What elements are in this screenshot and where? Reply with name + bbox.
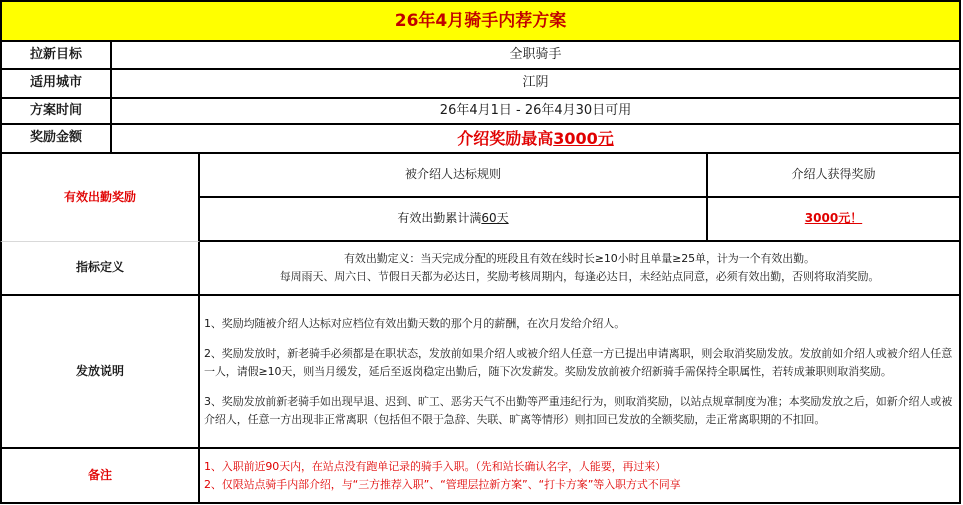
label-amount-text: 奖励金额 bbox=[30, 129, 82, 148]
value-amount-prefix: 介绍奖励最高 bbox=[457, 127, 553, 150]
note-item-2: 2、仅限站点骑手内部介绍，与“三方推荐入职”、“管理层拉新方案”、“打卡方案”等… bbox=[204, 476, 681, 494]
attendance-reward-label: 有效出勤奖励 bbox=[0, 154, 200, 242]
header-referrer-reward: 介绍人获得奖励 bbox=[708, 154, 961, 198]
value-city-text: 江阴 bbox=[522, 74, 548, 93]
sheet-title: 26年4月骑手内荐方案 bbox=[0, 0, 961, 42]
label-target: 拉新目标 bbox=[0, 42, 112, 70]
definition-line-1: 有效出勤定义：当天完成分配的班段且有效在线时长≥10小时且单量≥25单，计为一个… bbox=[344, 250, 815, 268]
referee-rule-value: 有效出勤累计满60天 bbox=[200, 198, 708, 242]
payout-content: 1、奖励均随被介绍人达标对应档位有效出勤天数的那个月的薪酬，在次月发给介绍人。 … bbox=[200, 296, 961, 449]
payout-item-2: 2、奖励发放时，新老骑手必须都是在职状态，发放前如果介绍人或被介绍人任意一方已提… bbox=[204, 345, 953, 381]
value-period: 26年4月1日 - 26年4月30日可用 bbox=[112, 99, 961, 125]
value-amount: 介绍奖励最高3000元 bbox=[112, 125, 961, 154]
notes-content: 1、入职前近90天内，在站点没有跑单记录的骑手入职。（先和站长确认名字，人能要，… bbox=[200, 449, 961, 504]
referee-rule-prefix: 有效出勤累计满 bbox=[397, 210, 481, 227]
recommendation-plan-sheet: 26年4月骑手内荐方案 拉新目标 全职骑手 适用城市 江阴 方案时间 26年4月… bbox=[0, 0, 961, 504]
notes-label-text: 备注 bbox=[88, 467, 112, 484]
label-period-text: 方案时间 bbox=[30, 102, 82, 121]
value-target: 全职骑手 bbox=[112, 42, 961, 70]
header-referrer-reward-text: 介绍人获得奖励 bbox=[791, 166, 875, 183]
note-item-1: 1、入职前近90天内，在站点没有跑单记录的骑手入职。（先和站长确认名字，人能要，… bbox=[204, 458, 666, 476]
payout-item-3: 3、奖励发放前新老骑手如出现早退、迟到、旷工、恶劣天气不出勤等严重违纪行为，则取… bbox=[204, 393, 953, 429]
value-period-text: 26年4月1日 - 26年4月30日可用 bbox=[440, 102, 631, 121]
header-referee-rule-text: 被介绍人达标规则 bbox=[405, 166, 501, 183]
label-amount: 奖励金额 bbox=[0, 125, 112, 154]
value-target-text: 全职骑手 bbox=[509, 46, 561, 65]
payout-item-1: 1、奖励均随被介绍人达标对应档位有效出勤天数的那个月的薪酬，在次月发给介绍人。 bbox=[204, 315, 625, 333]
notes-label: 备注 bbox=[0, 449, 200, 504]
referrer-reward-value-text: 3000元！ bbox=[805, 210, 862, 227]
label-period: 方案时间 bbox=[0, 99, 112, 125]
label-target-text: 拉新目标 bbox=[30, 46, 82, 65]
header-referee-rule: 被介绍人达标规则 bbox=[200, 154, 708, 198]
definition-line-2: 每周雨天、周六日、节假日天都为必达日，奖励考核周期内，每逢必达日，未经站点同意，… bbox=[280, 268, 880, 286]
referee-rule-emph: 60天 bbox=[481, 210, 508, 227]
label-city-text: 适用城市 bbox=[30, 74, 82, 93]
sheet-title-text: 26年4月骑手内荐方案 bbox=[395, 9, 567, 34]
referrer-reward-value: 3000元！ bbox=[708, 198, 961, 242]
definition-content: 有效出勤定义：当天完成分配的班段且有效在线时长≥10小时且单量≥25单，计为一个… bbox=[200, 242, 961, 296]
attendance-reward-label-text: 有效出勤奖励 bbox=[64, 189, 136, 206]
definition-label: 指标定义 bbox=[0, 242, 200, 296]
value-amount-emph: 3000元 bbox=[553, 127, 614, 150]
payout-label: 发放说明 bbox=[0, 296, 200, 449]
value-city: 江阴 bbox=[112, 70, 961, 99]
payout-label-text: 发放说明 bbox=[76, 363, 124, 380]
definition-label-text: 指标定义 bbox=[76, 259, 124, 276]
label-city: 适用城市 bbox=[0, 70, 112, 99]
